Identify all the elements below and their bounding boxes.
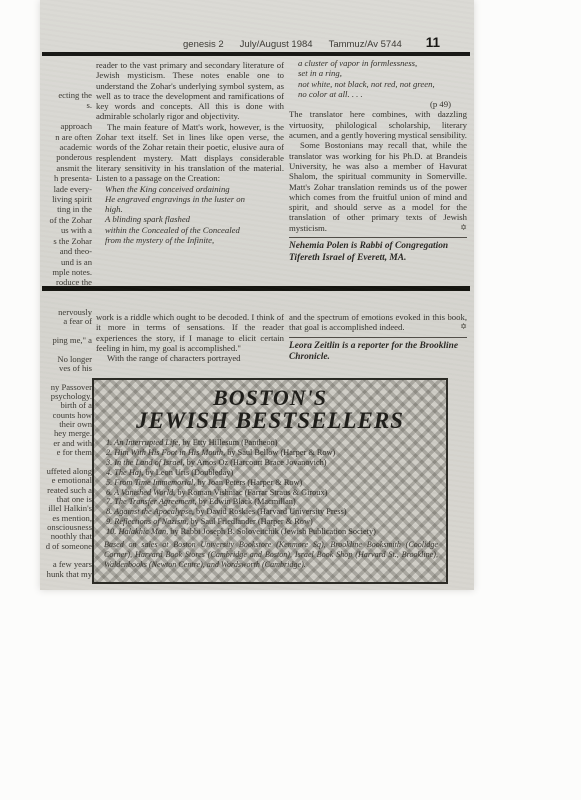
author-attribution: Nehemia Polen is Rabbi of Congregation T… xyxy=(289,241,467,265)
journal-name: genesis 2 xyxy=(183,39,224,50)
text-line: and theo- xyxy=(36,246,92,256)
text-line: ting in the xyxy=(36,204,92,214)
bestsellers-list: 1. An Interrupted Life, by Etty Hillesum… xyxy=(106,438,440,537)
page-number: 11 xyxy=(426,35,440,50)
quote-page-reference: (p 49) xyxy=(289,99,467,109)
article1-left-column: reader to the vast primary and secondary… xyxy=(96,60,284,245)
text-line: A blinding spark flashed xyxy=(105,214,284,224)
article-end-star-mark: ✡ xyxy=(449,223,467,233)
bestseller-item: 2. Him With His Foot in His Mouth, by Sa… xyxy=(106,448,440,458)
paragraph: and the spectrum of emotions evoked in t… xyxy=(289,312,467,333)
bestseller-item: 6. A Vanished World, by Roman Vishniac (… xyxy=(106,488,440,498)
bestseller-item: 8. Against the Apocalypse, by David Rosk… xyxy=(106,507,440,517)
text-line: no color at all. . . . xyxy=(298,89,467,99)
bestseller-item: 9. Reflections of Nazism, by Saul Friedl… xyxy=(106,517,440,527)
author-attribution: Leora Zeitlin is a reporter for the Broo… xyxy=(289,341,467,365)
left-margin-fragments-top: ecting thes. approachn are oftenacademic… xyxy=(36,90,92,288)
text-line: hunk that my xyxy=(36,570,92,579)
paragraph: work is a riddle which ought to be decod… xyxy=(96,312,284,353)
bestseller-item: 4. The Haj, by Leon Uris (Doubleday) xyxy=(106,468,440,478)
article1-right-column: a cluster of vapor in formlessness,set i… xyxy=(289,58,467,265)
paragraph-text: Some Bostonians may recall that, while t… xyxy=(289,140,467,232)
text-line: a cluster of vapor in formlessness, xyxy=(298,58,467,68)
text-line: high. xyxy=(105,204,284,214)
bestsellers-box: BOSTON'S JEWISH BESTSELLERS 1. An Interr… xyxy=(92,378,448,584)
paragraph: The main feature of Matt's work, however… xyxy=(96,122,284,184)
issue-date: July/August 1984 xyxy=(240,39,313,50)
text-line: within the Concealed of the Concealed xyxy=(105,225,284,235)
article2-left-column: work is a riddle which ought to be decod… xyxy=(96,312,284,363)
text-line: us with a xyxy=(36,225,92,235)
text-line: mple notes. xyxy=(36,267,92,277)
hebrew-date: Tammuz/Av 5744 xyxy=(329,39,402,50)
text-line: set in a ring, xyxy=(298,68,467,78)
text-line: not white, not black, not red, not green… xyxy=(298,79,467,89)
text-line: academic xyxy=(36,142,92,152)
text-line xyxy=(36,111,92,121)
magazine-page-scan: genesis 2 July/August 1984 Tammuz/Av 574… xyxy=(40,0,474,590)
bestseller-item: 3. In the Land of Israel, by Amos Oz (Ha… xyxy=(106,458,440,468)
text-line: approach xyxy=(36,121,92,131)
text-line: He engraved engravings in the luster on xyxy=(105,194,284,204)
text-line: ponderous xyxy=(36,152,92,162)
text-line: n are often xyxy=(36,132,92,142)
attribution-divider xyxy=(289,337,467,338)
text-line: e for them xyxy=(36,448,92,457)
text-line: When the King conceived ordaining xyxy=(105,184,284,194)
paragraph: The translator here combines, with dazzl… xyxy=(289,109,467,140)
text-line: und is an xyxy=(36,257,92,267)
bestseller-item: 1. An Interrupted Life, by Etty Hillesum… xyxy=(106,438,440,448)
header-rule xyxy=(42,52,470,56)
bestsellers-footnote: Based on sales at Boston University Book… xyxy=(104,540,438,570)
bestseller-item: 7. The Transfer Agreement, by Edwin Blac… xyxy=(106,497,440,507)
zohar-quote-poem-continued: a cluster of vapor in formlessness,set i… xyxy=(298,58,467,99)
text-line: living spirit xyxy=(36,194,92,204)
zohar-quote-poem: When the King conceived ordainingHe engr… xyxy=(105,184,284,246)
text-line: a fear of xyxy=(36,317,92,326)
bestsellers-title-line2: JEWISH BESTSELLERS xyxy=(94,408,446,434)
paragraph: reader to the vast primary and secondary… xyxy=(96,60,284,122)
text-line: from the mystery of the Infinite, xyxy=(105,235,284,245)
text-line: lade every- xyxy=(36,184,92,194)
text-line: s. xyxy=(36,100,92,110)
attribution-divider xyxy=(289,237,467,238)
paragraph-text: and the spectrum of emotions evoked in t… xyxy=(289,312,467,332)
paragraph: Some Bostonians may recall that, while t… xyxy=(289,140,467,233)
left-margin-fragments-bottom: nervouslya fear of ping me," a No longer… xyxy=(36,308,92,579)
text-line: ves of his xyxy=(36,364,92,373)
text-line: of the Zohar xyxy=(36,215,92,225)
article2-right-column: and the spectrum of emotions evoked in t… xyxy=(289,312,467,364)
bestseller-item: 5. From Time Immemorial, by Joan Peters … xyxy=(106,478,440,488)
text-line: ecting the xyxy=(36,90,92,100)
text-line: d of someone xyxy=(36,542,92,551)
text-line: h presenta- xyxy=(36,173,92,183)
section-divider-rule xyxy=(42,286,470,291)
text-line: ansmit the xyxy=(36,163,92,173)
paragraph: With the range of characters portrayed xyxy=(96,353,284,363)
text-line: ping me," a xyxy=(36,336,92,345)
bestseller-item: 10. Halakhic Man, by Rabbi Joseph B. Sol… xyxy=(106,527,440,537)
article-end-star-mark: ✡ xyxy=(460,322,467,332)
text-line: s the Zohar xyxy=(36,236,92,246)
page-header: genesis 2 July/August 1984 Tammuz/Av 574… xyxy=(183,35,493,50)
